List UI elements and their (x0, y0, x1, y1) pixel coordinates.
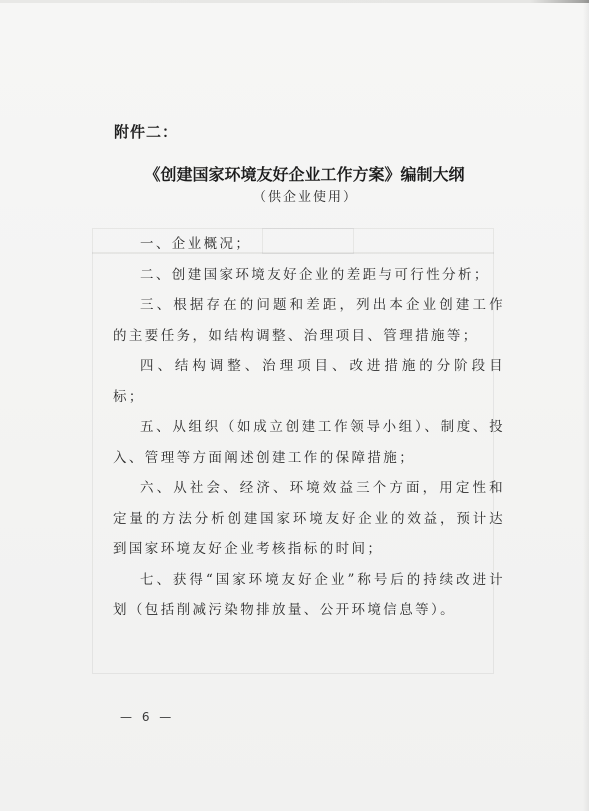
scanned-page: 附件二： 《创建国家环境友好企业工作方案》编制大纲 （供企业使用） 一、企业概况… (0, 0, 589, 811)
page-top-edge (0, 0, 589, 3)
outline-item-5: 五、从组织（如成立创建工作领导小组）、制度、投入、管理等方面阐述创建工作的保障措… (113, 412, 505, 473)
outline-item-2: 二、创建国家环境友好企业的差距与可行性分析； (113, 260, 505, 291)
outline-item-7: 七、获得“国家环境友好企业”称号后的持续改进计划（包括削减污染物排放量、公开环境… (113, 565, 505, 626)
outline-item-6: 六、从社会、经济、环境效益三个方面，用定性和定量的方法分析创建国家环境友好企业的… (113, 473, 505, 565)
attachment-label: 附件二： (114, 121, 178, 142)
outline-body: 一、企业概况； 二、创建国家环境友好企业的差距与可行性分析； 三、根据存在的问题… (113, 229, 505, 626)
page-right-edge (583, 0, 589, 811)
document-subtitle: （供企业使用） (0, 186, 589, 205)
outline-item-3: 三、根据存在的问题和差距，列出本企业创建工作的主要任务，如结构调整、治理项目、管… (113, 290, 505, 351)
outline-item-4: 四、结构调整、治理项目、改进措施的分阶段目标； (113, 351, 505, 412)
page-number: — 6 — (120, 710, 174, 724)
document-title: 《创建国家环境友好企业工作方案》编制大纲 (0, 162, 589, 185)
outline-item-1: 一、企业概况； (113, 229, 505, 260)
